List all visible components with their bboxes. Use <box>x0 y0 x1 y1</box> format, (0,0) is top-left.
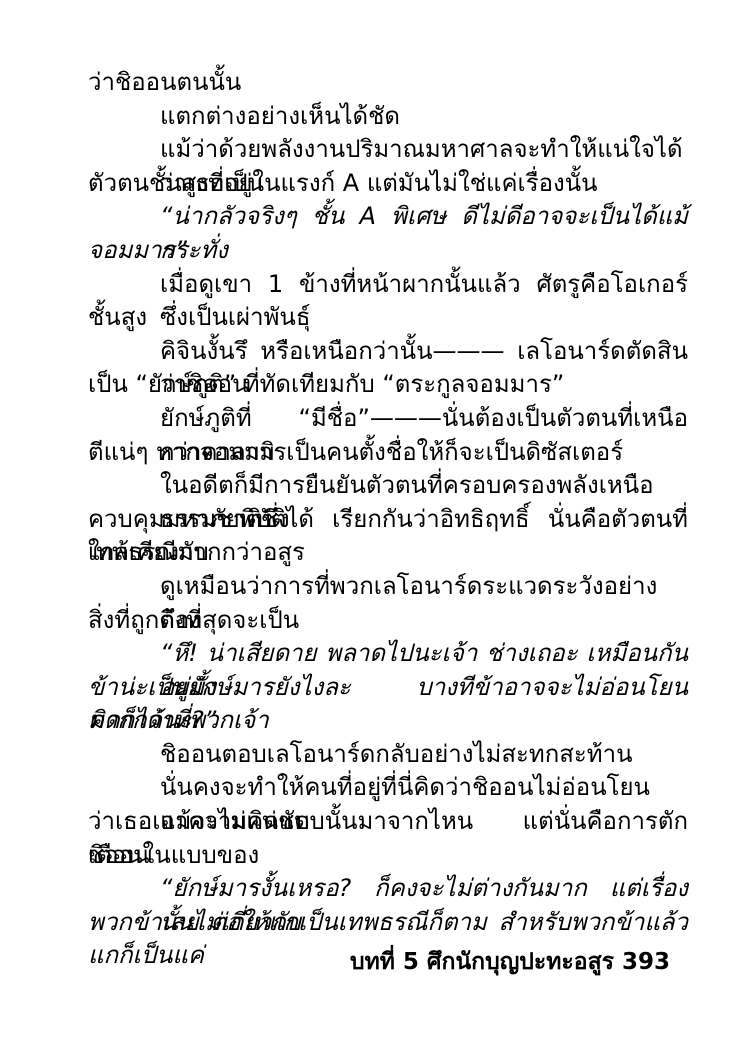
text-line: ตัวตนชั้นสูงที่อยู่ในแรงก์ A แต่มันไม่ใช… <box>88 167 688 201</box>
text-line: ควบคุมมหาภัยพิบัติได้ เรียกกันว่าอิทธิฤท… <box>88 503 688 537</box>
text-line: สิ่งที่ถูกต้อง <box>88 604 688 638</box>
text-line: เมื่อดูเขา 1 ข้างที่หน้าผากนั้นแล้ว ศัตร… <box>88 268 688 302</box>
text-line: แตกต่างอย่างเห็นได้ชัด <box>88 100 688 134</box>
text-line: “น่ากลัวจริงๆ ชั้น A พิเศษ ดีไม่ดีอาจจะเ… <box>88 200 688 234</box>
text-line: ข้าน่ะเป็นยักษ์มารยังไงละ บางทีข้าอาจจะไ… <box>88 671 688 705</box>
text-line: จอมมาร” <box>88 234 688 268</box>
text-line: “ยักษ์มารงั้นเหรอ? ก็คงจะไม่ต่างกันมาก แ… <box>88 872 688 906</box>
text-line: แม้ว่าด้วยพลังงานปริมาณมหาศาลจะทำให้แน่ใ… <box>88 133 688 167</box>
text-line: ตีแน่ๆ หากจอมมารเป็นคนตั้งชื่อให้ก็จะเป็… <box>88 436 688 470</box>
text-line: ยักษ์ภูติที่ “มีชื่อ”———นั่นต้องเป็นตัวต… <box>88 402 688 436</box>
text-line: ชิออนตอบเลโอนาร์ดกลับอย่างไม่สะทกสะท้าน <box>88 738 688 772</box>
text-line: คิจินงั้นรึ หรือเหนือกว่านั้น——— เลโอนาร… <box>88 335 688 369</box>
text-line: ว่าเธอเอาความคิดแบบนั้นมาจากไหน แต่นั่นค… <box>88 805 688 839</box>
text-line: นั่นคงจะทำให้คนที่อยู่ที่นี่คิดว่าชิออนไ… <box>88 771 688 805</box>
text-line: เป็น “ยักษ์ภูติ” ที่ทัดเทียมกับ “ตระกูลจ… <box>88 368 688 402</box>
text-line: ในอดีตก็มีการยืนยันตัวตนที่ครอบครองพลังเ… <box>88 469 688 503</box>
page-footer: บทที่ 5 ศึกนักบุญปะทะอสูร 393 <box>88 946 670 980</box>
chapter-footer-text: บทที่ 5 ศึกนักบุญปะทะอสูร 393 <box>350 949 670 975</box>
body-text: ว่าชิออนตนนั้นแตกต่างอย่างเห็นได้ชัดแม้ว… <box>88 66 688 939</box>
text-line: คิดก็ได้นะ?” <box>88 704 688 738</box>
text-line: “หึ! น่าเสียดาย พลาดไปนะเจ้า ช่างเถอะ เห… <box>88 637 688 671</box>
text-line: ว่าชิออนตนนั้น <box>88 66 688 100</box>
text-line: เทพธรณีมากกว่าอสูร <box>88 536 688 570</box>
text-line: พวกข้าเลย ต่อให้แกเป็นเทพธรณีก็ตาม สำหรั… <box>88 906 688 940</box>
text-line: ดูเหมือนว่าการที่พวกเลโอนาร์ดระแวดระวังอ… <box>88 570 688 604</box>
